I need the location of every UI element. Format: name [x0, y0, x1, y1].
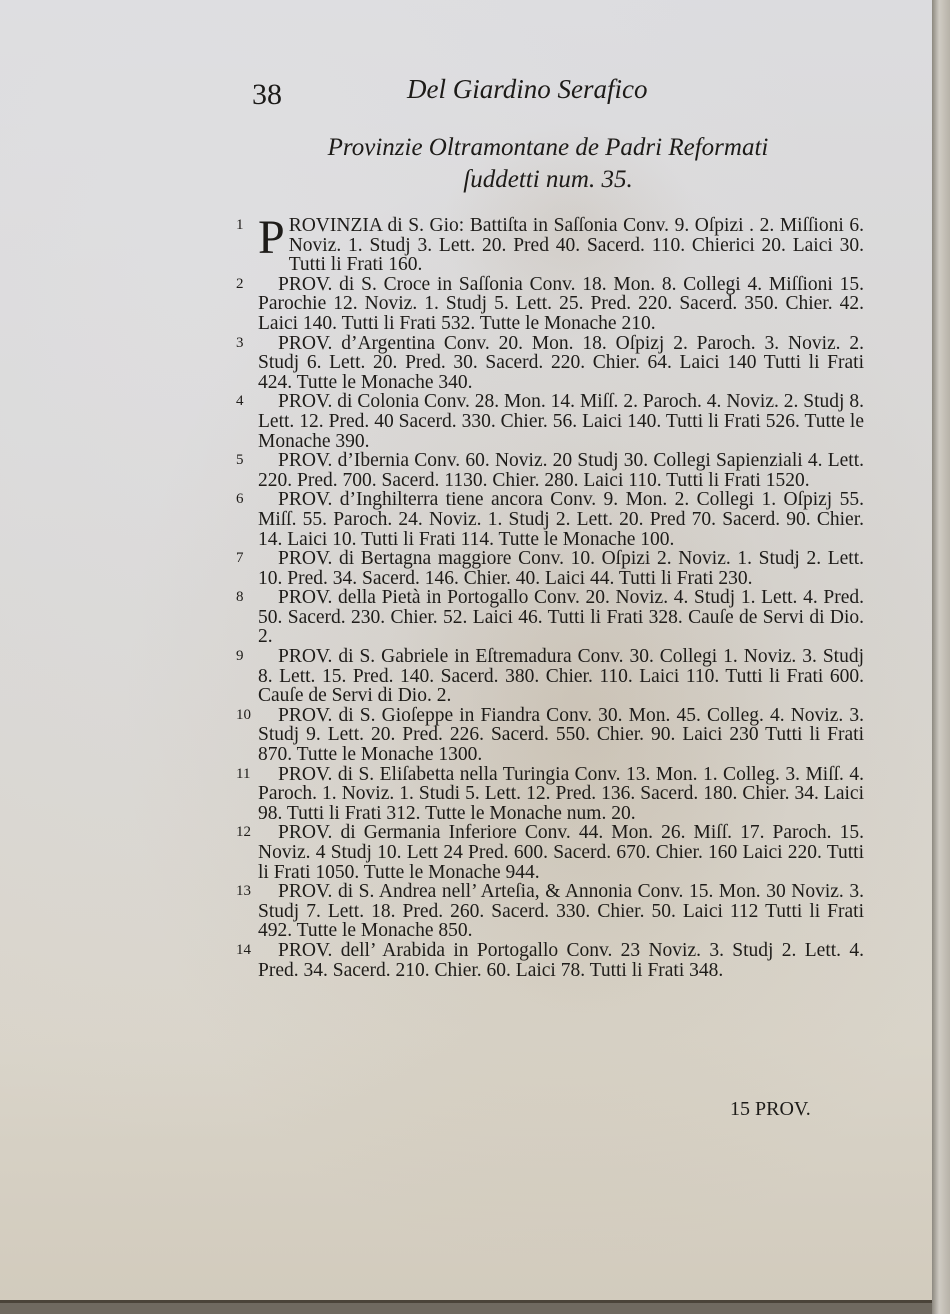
entry-text: PROV. di Germania Inferiore Conv. 44. Mo… — [258, 823, 864, 882]
entry-number: 14 — [236, 941, 251, 961]
entry-number: 3 — [236, 334, 244, 354]
province-entry: 8 PROV. della Pietà in Portogallo Conv. … — [236, 588, 864, 647]
province-entry: 14 PROV. dell’ Arabida in Portogallo Con… — [236, 941, 864, 980]
province-entry: 11 PROV. di S. Eliſabetta nella Turingia… — [236, 765, 864, 824]
entry-number: 11 — [236, 765, 250, 785]
entry-number: 7 — [236, 549, 244, 569]
entry-text: PROV. di S. Andrea nell’ Arteſia, & Anno… — [258, 882, 864, 941]
province-entry: 3 PROV. d’Argentina Conv. 20. Mon. 18. O… — [236, 334, 864, 393]
entry-number: 4 — [236, 392, 244, 412]
page-edge — [932, 0, 950, 1314]
province-entry: 2 PROV. di S. Croce in Saſſonia Conv. 18… — [236, 275, 864, 334]
province-list: 1 PROVINZIA di S. Gio: Battiſta in Saſſo… — [236, 216, 864, 980]
drop-cap: P — [258, 218, 285, 258]
entry-number: 5 — [236, 451, 244, 471]
entry-text: PROV. di Colonia Conv. 28. Mon. 14. Miſſ… — [258, 392, 864, 451]
catchword: 15 PROV. — [730, 1098, 811, 1121]
province-entry: 1 PROVINZIA di S. Gio: Battiſta in Saſſo… — [236, 216, 864, 275]
entry-number: 9 — [236, 647, 244, 667]
book-page: 38 Del Giardino Serafico Provinzie Oltra… — [0, 0, 932, 1303]
province-entry: 9 PROV. di S. Gabriele in Eſtremadura Co… — [236, 647, 864, 706]
section-title-line-2: ſuddetti num. 35. — [288, 164, 808, 196]
page-number: 38 — [252, 78, 282, 112]
entry-text: PROV. della Pietà in Portogallo Conv. 20… — [258, 588, 864, 647]
section-title-line-1: Provinzie Oltramontane de Padri Reformat… — [288, 132, 808, 164]
entry-text: PROV. d’Inghilterra tiene ancora Conv. 9… — [258, 490, 864, 549]
province-entry: 5 PROV. d’Ibernia Conv. 60. Noviz. 20 St… — [236, 451, 864, 490]
province-entry: 10 PROV. di S. Gioſeppe in Fiandra Conv.… — [236, 706, 864, 765]
entry-text: ROVINZIA di S. Gio: Battiſta in Saſſonia… — [289, 215, 864, 275]
entry-text: PROV. di S. Croce in Saſſonia Conv. 18. … — [258, 275, 864, 334]
entry-number: 2 — [236, 275, 244, 295]
province-entry: 13 PROV. di S. Andrea nell’ Arteſia, & A… — [236, 882, 864, 941]
running-head: 38 Del Giardino Serafico — [252, 74, 672, 114]
province-entry: 7 PROV. di Bertagna maggiore Conv. 10. O… — [236, 549, 864, 588]
running-title: Del Giardino Serafico — [407, 74, 647, 105]
entry-text: PROV. di Bertagna maggiore Conv. 10. Oſp… — [258, 549, 864, 588]
province-entry: 12 PROV. di Germania Inferiore Conv. 44.… — [236, 823, 864, 882]
entry-text: PROV. di S. Gioſeppe in Fiandra Conv. 30… — [258, 706, 864, 765]
entry-number: 6 — [236, 490, 244, 510]
province-entry: 6 PROV. d’Inghilterra tiene ancora Conv.… — [236, 490, 864, 549]
entry-text: PROV. d’Argentina Conv. 20. Mon. 18. Oſp… — [258, 334, 864, 393]
entry-number: 12 — [236, 823, 251, 843]
section-title: Provinzie Oltramontane de Padri Reformat… — [288, 132, 808, 196]
entry-text: PROV. di S. Gabriele in Eſtremadura Conv… — [258, 647, 864, 706]
entry-number: 10 — [236, 706, 251, 726]
entry-text: PROV. di S. Eliſabetta nella Turingia Co… — [258, 765, 864, 824]
entry-number: 13 — [236, 882, 251, 902]
entry-number: 8 — [236, 588, 244, 608]
province-entry: 4 PROV. di Colonia Conv. 28. Mon. 14. Mi… — [236, 392, 864, 451]
entry-text: PROV. dell’ Arabida in Portogallo Conv. … — [258, 941, 864, 980]
entry-number: 1 — [236, 216, 244, 236]
entry-text: PROV. d’Ibernia Conv. 60. Noviz. 20 Stud… — [258, 451, 864, 490]
